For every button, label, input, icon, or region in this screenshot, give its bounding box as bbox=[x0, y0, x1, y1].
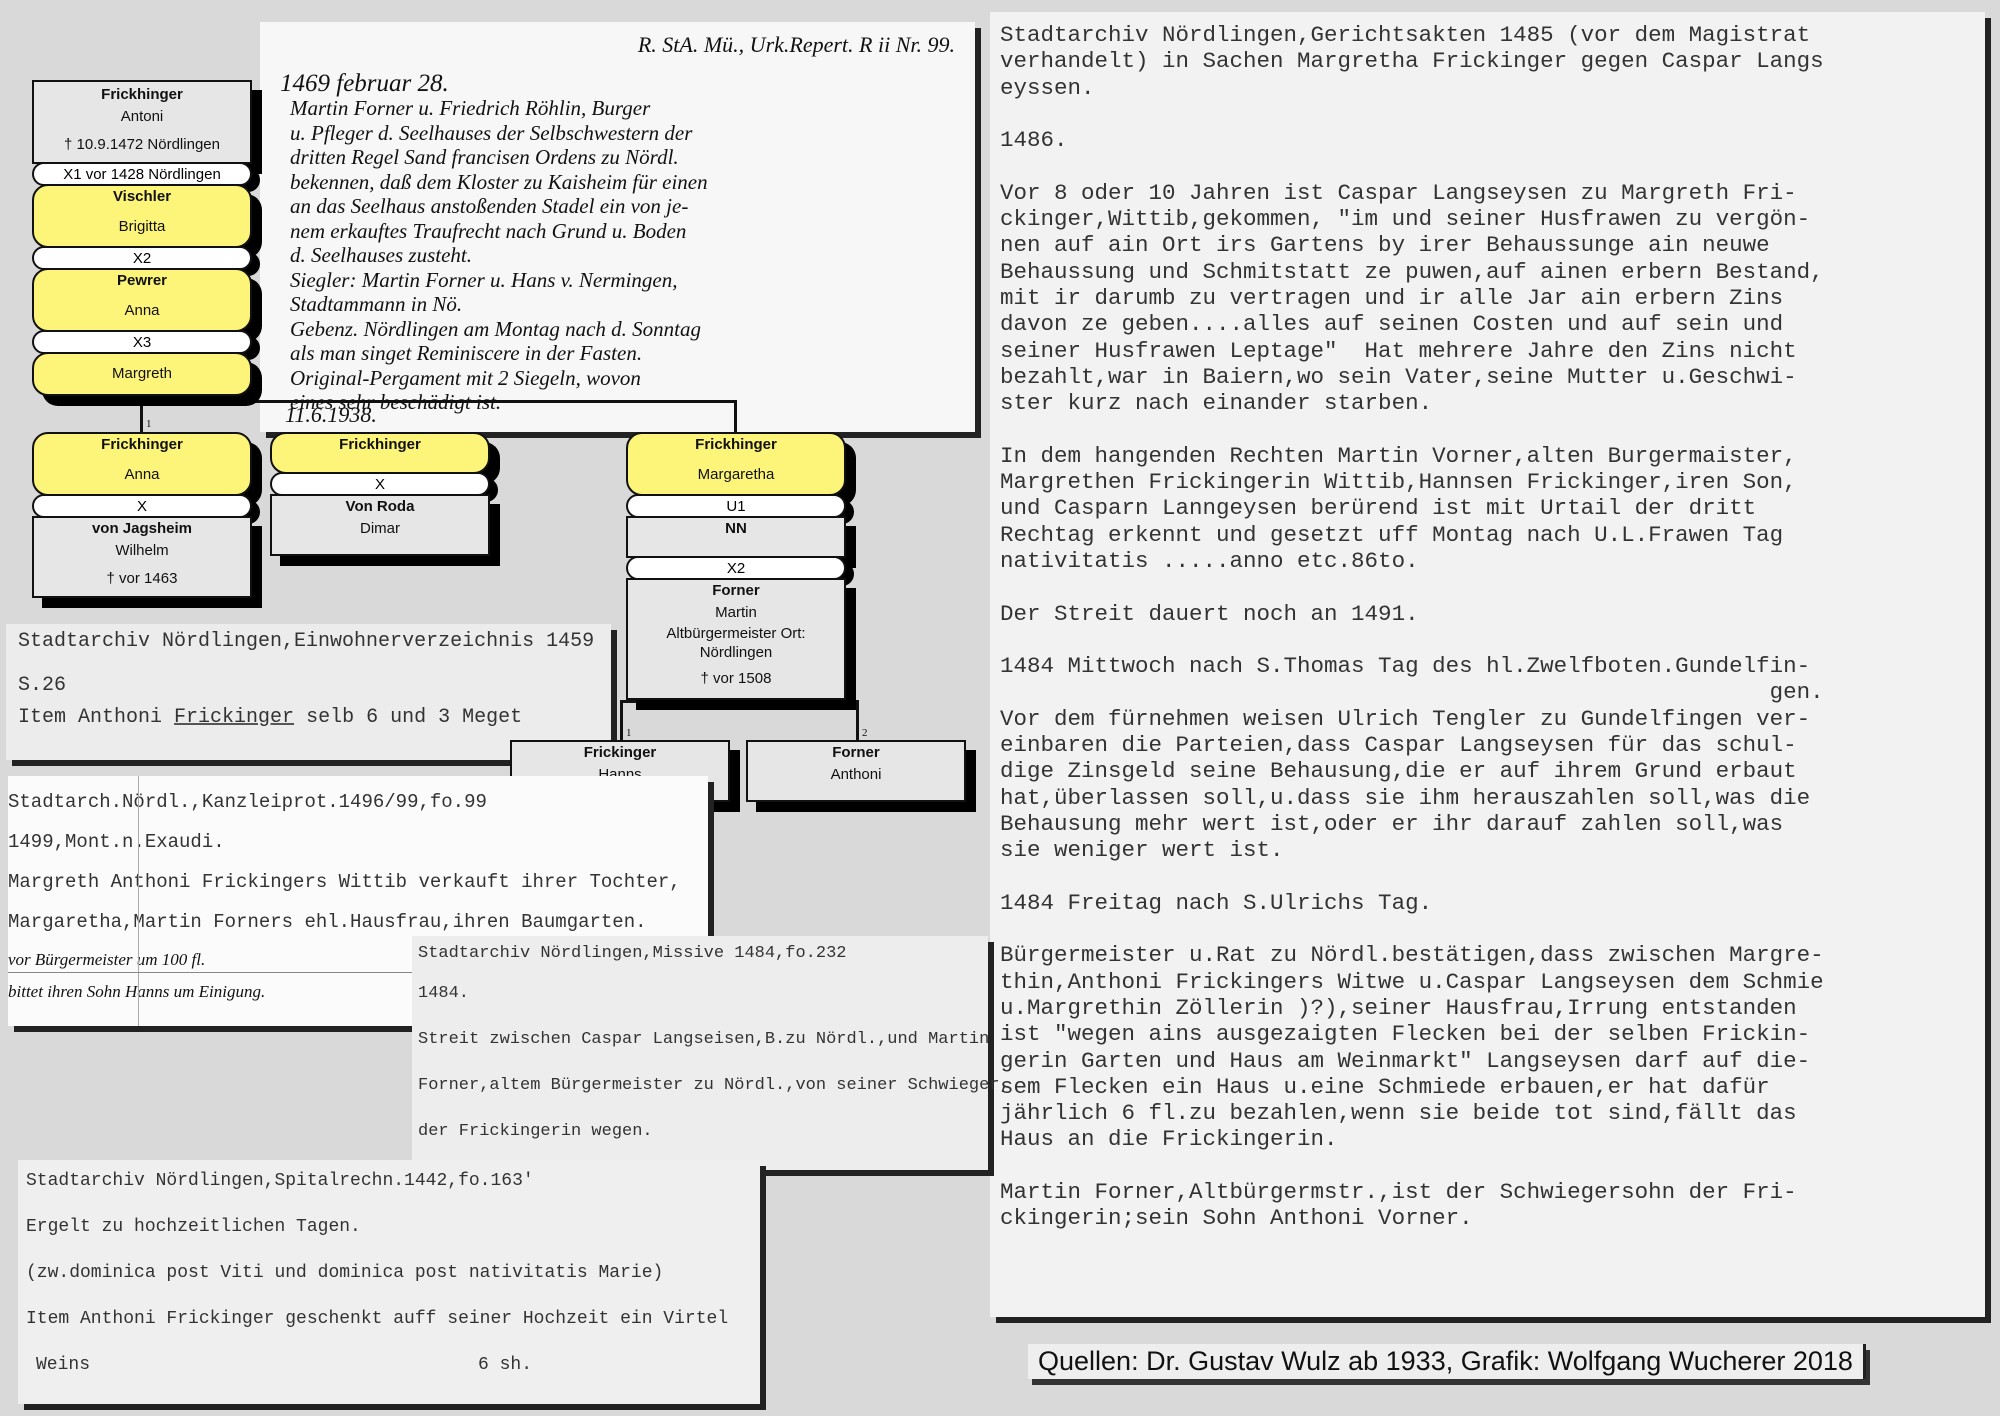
gerichtsakten-line: ckingerin;sein Sohn Anthoni Vorner. bbox=[1000, 1205, 1985, 1231]
doc-entry: Item Anthoni Frickinger selb 6 und 3 Meg… bbox=[18, 706, 599, 730]
doc-title: Stadtarch.Nördl.,Kanzleiprot.1496/99,fo.… bbox=[8, 790, 708, 814]
person-pewrer[interactable]: Pewrer Anna bbox=[32, 268, 252, 332]
person-frickhinger-child[interactable]: Frickhinger bbox=[270, 432, 490, 474]
given-name: Brigitta bbox=[34, 216, 250, 238]
tree-connector bbox=[856, 700, 859, 740]
doc-date: 1499,Mont.n.Exaudi. bbox=[8, 830, 708, 854]
amount: 6 sh. bbox=[478, 1354, 532, 1376]
gerichtsakten-line: gerin Garten und Haus am Weinmarkt" Lang… bbox=[1000, 1048, 1985, 1074]
gerichtsakten-line: dige Zinsgeld seine Behausung,die er auf… bbox=[1000, 758, 1985, 784]
handwritten-date: 1469 februar 28. bbox=[280, 71, 955, 96]
union-badge: U1 bbox=[626, 494, 846, 518]
handwritten-line: u. Pfleger d. Seelhauses der Selbschwest… bbox=[290, 121, 955, 146]
missive-line: Streit zwischen Caspar Langseisen,B.zu N… bbox=[418, 1030, 982, 1050]
handwritten-footer: 11.6.1938. bbox=[285, 402, 377, 428]
surname: NN bbox=[628, 518, 844, 540]
person-nn[interactable]: NN bbox=[626, 516, 846, 558]
gerichtsakten-line bbox=[1000, 574, 1985, 600]
surname: von Jagsheim bbox=[34, 518, 250, 540]
gerichtsakten-line: Haus an die Frickingerin. bbox=[1000, 1126, 1985, 1152]
gerichtsakten-line bbox=[1000, 864, 1985, 890]
spital-document: Stadtarchiv Nördlingen,Spitalrechn.1442,… bbox=[18, 1160, 760, 1404]
marriage-badge: X bbox=[270, 472, 490, 496]
gerichtsakten-line: und Casparn Lanngeysen berürend ist mit … bbox=[1000, 495, 1985, 521]
doc-title: Stadtarchiv Nördlingen,Missive 1484,fo.2… bbox=[418, 944, 982, 964]
spital-line: (zw.dominica post Viti und dominica post… bbox=[26, 1262, 752, 1284]
gerichtsakten-line: einbaren die Parteien,dass Caspar Langse… bbox=[1000, 732, 1985, 758]
surname: Pewrer bbox=[34, 270, 250, 292]
person-wilhelm-von-jagsheim[interactable]: von Jagsheim Wilhelm † vor 1463 bbox=[32, 516, 252, 598]
gerichtsakten-line: nen auf ain Ort irs Gartens by irer Beha… bbox=[1000, 232, 1985, 258]
gerichtsakten-line: thin,Anthoni Frickingers Witwe u.Caspar … bbox=[1000, 969, 1985, 995]
given-name: Anna bbox=[34, 300, 250, 322]
occupation: Altbürgermeister Ort: Nördlingen bbox=[628, 624, 844, 662]
surname: Forner bbox=[628, 580, 844, 602]
surname: Frickhinger bbox=[34, 434, 250, 456]
gerichtsakten-line bbox=[1000, 1153, 1985, 1179]
person-martin-forner[interactable]: Forner Martin Altbürgermeister Ort: Nörd… bbox=[626, 578, 846, 700]
given-name: Wilhelm bbox=[34, 540, 250, 562]
gerichtsakten-line: Margrethen Frickingerin Wittib,Hannsen F… bbox=[1000, 469, 1985, 495]
gerichtsakten-line: sie weniger wert ist. bbox=[1000, 837, 1985, 863]
marriage-badge: X3 bbox=[32, 330, 252, 354]
child-index: 1 bbox=[146, 418, 152, 430]
doc-body: Streit zwischen Caspar Langseisen,B.zu N… bbox=[418, 1030, 982, 1142]
gerichtsakten-line: eyssen. bbox=[1000, 75, 1985, 101]
marriage-badge: X2 bbox=[32, 246, 252, 270]
surname: Frickhinger bbox=[272, 434, 488, 456]
doc-last-line: Weins6 sh. bbox=[26, 1354, 752, 1376]
person-anthoni-forner[interactable]: Forner Anthoni bbox=[746, 740, 966, 802]
tree-connector bbox=[734, 400, 737, 432]
surname: Vischler bbox=[34, 186, 250, 208]
person-margaretha-frickhinger[interactable]: Frickhinger Margaretha bbox=[626, 432, 846, 496]
tree-connector bbox=[140, 400, 143, 432]
handwritten-body: Martin Forner u. Friedrich Röhlin, Burge… bbox=[280, 96, 955, 415]
handwritten-line: bekennen, daß dem Kloster zu Kaisheim fü… bbox=[290, 170, 955, 195]
tree-connector bbox=[140, 400, 736, 403]
person-dimar-von-roda[interactable]: Von Roda Dimar bbox=[270, 494, 490, 556]
item: Weins bbox=[36, 1355, 90, 1375]
doc-title: Stadtarchiv Nördlingen,Einwohnerverzeich… bbox=[18, 630, 599, 654]
given-name: Margreth bbox=[34, 363, 250, 385]
handwritten-line: dritten Regel Sand francisen Ordens zu N… bbox=[290, 145, 955, 170]
missive-document: Stadtarchiv Nördlingen,Missive 1484,fo.2… bbox=[412, 936, 988, 1170]
gerichtsakten-line: 1486. bbox=[1000, 127, 1985, 153]
marriage-badge: X1 vor 1428 Nördlingen bbox=[32, 162, 252, 186]
gerichtsakten-line: Vor dem fürnehmen weisen Ulrich Tengler … bbox=[1000, 706, 1985, 732]
surname: Forner bbox=[748, 742, 964, 764]
person-antoni[interactable]: Frickhinger Antoni † 10.9.1472 Nördlinge… bbox=[32, 80, 252, 164]
gerichtsakten-line: gen. bbox=[1000, 679, 1985, 705]
surname: Frickhinger bbox=[34, 84, 250, 106]
doc-body: Ergelt zu hochzeitlichen Tagen.(zw.domin… bbox=[26, 1216, 752, 1330]
gerichtsakten-line: hat,überlassen soll,u.dass sie ihm herau… bbox=[1000, 785, 1985, 811]
handwritten-line: an das Seelhaus anstoßenden Stadel ein v… bbox=[290, 194, 955, 219]
gerichtsakten-line: davon ze geben....alles auf seinen Coste… bbox=[1000, 311, 1985, 337]
gerichtsakten-line: Behausung mehr wert ist,oder er ihr dara… bbox=[1000, 811, 1985, 837]
grandchild-index: 2 bbox=[862, 727, 868, 739]
given-name: Anthoni bbox=[748, 764, 964, 786]
handwritten-footer-strip: 11.6.1938. bbox=[260, 402, 975, 432]
handwritten-line: Original-Pergament mit 2 Siegeln, wovon bbox=[290, 366, 955, 391]
gerichtsakten-line: nativitatis .....anno etc.86to. bbox=[1000, 548, 1985, 574]
death-date: † 10.9.1472 Nördlingen bbox=[34, 134, 250, 156]
gerichtsakten-line: ckinger,Wittib,gekommen, "im und seiner … bbox=[1000, 206, 1985, 232]
surname: Frickhinger bbox=[628, 434, 844, 456]
missive-line: der Frickingerin wegen. bbox=[418, 1122, 982, 1142]
marriage-badge: X2 bbox=[626, 556, 846, 580]
gerichtsakten-line: mit ir darumb zu vertragen und ir alle J… bbox=[1000, 285, 1985, 311]
spital-line: Item Anthoni Frickinger geschenkt auff s… bbox=[26, 1308, 752, 1330]
gerichtsakten-line: Rechtag erkennt und gesetzt uff Montag n… bbox=[1000, 522, 1985, 548]
handwritten-line: Gebenz. Nördlingen am Montag nach d. Son… bbox=[290, 317, 955, 342]
handwritten-header: R. StA. Mü., Urk.Repert. R ii Nr. 99. bbox=[280, 32, 955, 57]
handwritten-line: als man singet Reminiscere in der Fasten… bbox=[290, 341, 955, 366]
spital-line: Ergelt zu hochzeitlichen Tagen. bbox=[26, 1216, 752, 1238]
grandchild-index: 1 bbox=[626, 727, 632, 739]
gerichtsakten-line bbox=[1000, 153, 1985, 179]
gerichtsakten-line: bezahlt,war in Baiern,wo sein Vater,sein… bbox=[1000, 364, 1985, 390]
death-date: † vor 1508 bbox=[628, 668, 844, 690]
gerichtsakten-line: In dem hangenden Rechten Martin Vorner,a… bbox=[1000, 443, 1985, 469]
tree-connector bbox=[620, 700, 623, 740]
person-margreth[interactable]: Margreth bbox=[32, 352, 252, 396]
gerichtsakten-line: Behaussung und Schmitstatt ze puwen,auf … bbox=[1000, 259, 1985, 285]
handwritten-line: d. Seelhauses zusteht. bbox=[290, 243, 955, 268]
surname: Von Roda bbox=[272, 496, 488, 518]
doc-page: S.26 bbox=[18, 674, 599, 698]
gerichtsakten-line: Bürgermeister u.Rat zu Nördl.bestätigen,… bbox=[1000, 942, 1985, 968]
doc-date: 1484. bbox=[418, 984, 982, 1004]
surname: Frickinger bbox=[512, 742, 728, 764]
entry-suffix: selb 6 und 3 Meget bbox=[294, 706, 522, 729]
gerichtsakten-line bbox=[1000, 101, 1985, 127]
missive-line: Forner,altem Bürgermeister zu Nördl.,von… bbox=[418, 1076, 982, 1096]
handwritten-line: nem erkauftes Traufrecht nach Grund u. B… bbox=[290, 219, 955, 244]
credit-caption: Quellen: Dr. Gustav Wulz ab 1933, Grafik… bbox=[1028, 1344, 1866, 1379]
gerichtsakten-line: sem Flecken ein Haus u.eine Schmiede erb… bbox=[1000, 1074, 1985, 1100]
given-name: Martin bbox=[628, 602, 844, 624]
gerichtsakten-line: Vor 8 oder 10 Jahren ist Caspar Langseys… bbox=[1000, 180, 1985, 206]
person-vischler[interactable]: Vischler Brigitta bbox=[32, 184, 252, 248]
given-name: Dimar bbox=[272, 518, 488, 540]
gerichtsakten-line: Stadtarchiv Nördlingen,Gerichtsakten 148… bbox=[1000, 22, 1985, 48]
handwritten-line: Siegler: Martin Forner u. Hans v. Nermin… bbox=[290, 268, 955, 293]
gerichtsakten-line: 1484 Freitag nach S.Ulrichs Tag. bbox=[1000, 890, 1985, 916]
gerichtsakten-document: Stadtarchiv Nördlingen,Gerichtsakten 148… bbox=[990, 12, 1985, 1317]
gerichtsakten-line: Martin Forner,Altbürgermstr.,ist der Sch… bbox=[1000, 1179, 1985, 1205]
doc-line: Margaretha,Martin Forners ehl.Hausfrau,i… bbox=[8, 910, 708, 934]
given-name: Antoni bbox=[34, 106, 250, 128]
gerichtsakten-line: seiner Husfrawen Leptage" Hat mehrere Ja… bbox=[1000, 338, 1985, 364]
doc-title: Stadtarchiv Nördlingen,Spitalrechn.1442,… bbox=[26, 1170, 752, 1192]
gerichtsakten-text: Stadtarchiv Nördlingen,Gerichtsakten 148… bbox=[1000, 22, 1985, 1232]
person-anna-frickhinger[interactable]: Frickhinger Anna bbox=[32, 432, 252, 496]
handwritten-line: Stadtammann in Nö. bbox=[290, 292, 955, 317]
gerichtsakten-line: ster kurz nach einander starben. bbox=[1000, 390, 1985, 416]
gerichtsakten-line bbox=[1000, 627, 1985, 653]
gerichtsakten-line: u.Margrethin Zöllerin )?),seiner Hausfra… bbox=[1000, 995, 1985, 1021]
gerichtsakten-line: ist "wegen ains ausgezaigten Flecken bei… bbox=[1000, 1021, 1985, 1047]
gerichtsakten-line: 1484 Mittwoch nach S.Thomas Tag des hl.Z… bbox=[1000, 653, 1985, 679]
gerichtsakten-line: jährlich 6 fl.zu bezahlen,wenn sie beide… bbox=[1000, 1100, 1985, 1126]
entry-name: Frickinger bbox=[174, 706, 294, 729]
marriage-badge: X bbox=[32, 494, 252, 518]
doc-line: Margreth Anthoni Frickingers Wittib verk… bbox=[8, 870, 708, 894]
handwritten-line: Martin Forner u. Friedrich Röhlin, Burge… bbox=[290, 96, 955, 121]
gerichtsakten-line: verhandelt) in Sachen Margretha Fricking… bbox=[1000, 48, 1985, 74]
entry-prefix: Item Anthoni bbox=[18, 706, 174, 729]
given-name: Anna bbox=[34, 464, 250, 486]
handwritten-document: R. StA. Mü., Urk.Repert. R ii Nr. 99. 14… bbox=[260, 22, 975, 432]
given-name: Margaretha bbox=[628, 464, 844, 486]
gerichtsakten-line bbox=[1000, 416, 1985, 442]
death-date: † vor 1463 bbox=[34, 568, 250, 590]
tree-connector bbox=[620, 700, 858, 703]
gerichtsakten-line: Der Streit dauert noch an 1491. bbox=[1000, 601, 1985, 627]
gerichtsakten-line bbox=[1000, 916, 1985, 942]
